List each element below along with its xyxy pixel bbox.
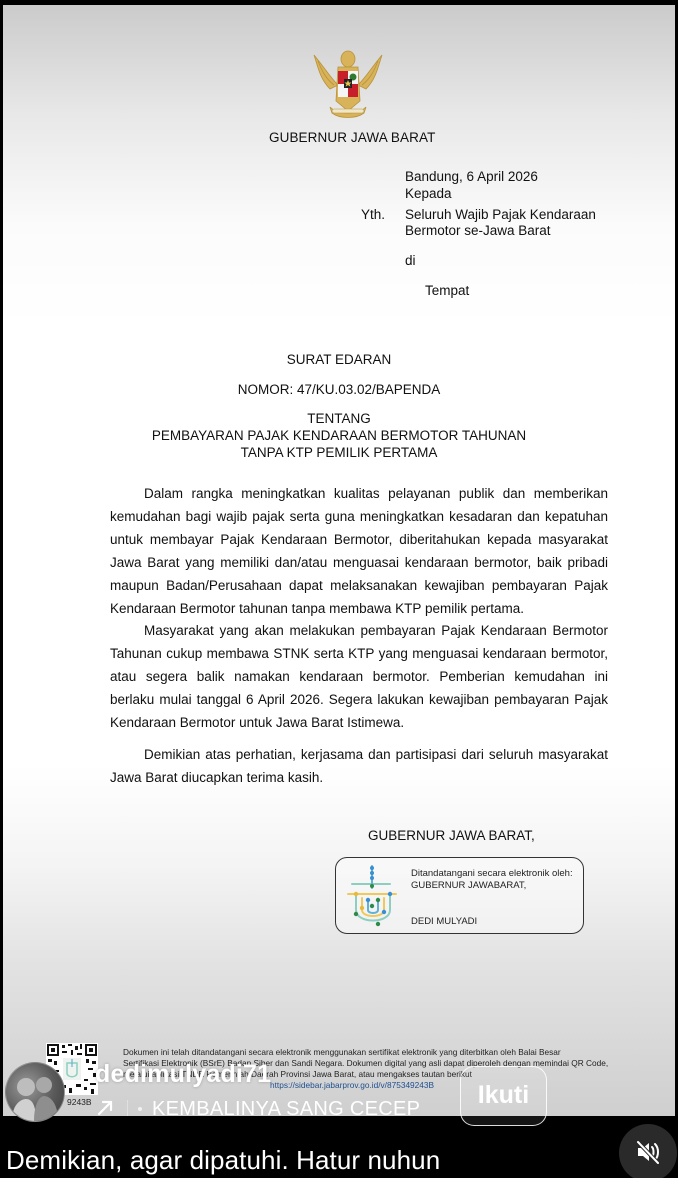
creator-avatar[interactable]	[5, 1062, 65, 1122]
arrow-up-right-icon[interactable]	[96, 1099, 114, 1117]
paragraph-2: Masyarakat yang akan melakukan pembayara…	[110, 619, 608, 734]
doc-type: SURAT EDARAN	[3, 352, 675, 367]
mute-button[interactable]	[619, 1124, 677, 1178]
bsre-logo-icon	[346, 864, 402, 930]
paragraph-1: Dalam rangka meningkatkan kualitas pelay…	[110, 482, 608, 620]
yth-label: Yth.	[361, 206, 385, 223]
subject-label: TENTANG	[3, 411, 675, 426]
doc-number: NOMOR: 47/KU.03.02/BAPENDA	[3, 382, 675, 397]
e-signature-box: Ditandatangani secara elektronik oleh: G…	[335, 857, 584, 934]
overlay-divider	[127, 1100, 128, 1116]
creator-username[interactable]: dedimulyadi71	[95, 1060, 271, 1089]
music-dot-icon	[138, 1107, 142, 1111]
letterhead-title: GUBERNUR JAWA BARAT	[269, 130, 435, 145]
recipient-line-1: Seluruh Wajib Pajak Kendaraan	[405, 206, 596, 223]
signed-by-text: Ditandatangani secara elektronik oleh: G…	[411, 868, 573, 892]
to-label: Kepada	[405, 185, 452, 202]
speaker-muted-icon	[634, 1138, 662, 1166]
subject-line-1: PEMBAYARAN PAJAK KENDARAAN BERMOTOR TAHU…	[3, 428, 675, 443]
signature-title: GUBERNUR JAWA BARAT,	[368, 828, 535, 843]
garuda-emblem-icon	[308, 45, 388, 123]
document-page: GUBERNUR JAWA BARAT Bandung, 6 April 202…	[3, 5, 675, 1116]
follow-button[interactable]: Ikuti	[460, 1066, 547, 1126]
di-label: di	[405, 252, 416, 269]
video-caption: Demikian, agar dipatuhi. Hatur nuhun	[6, 1145, 440, 1176]
music-title[interactable]: KEMBALINYA SANG CECEP	[152, 1098, 430, 1121]
place-date: Bandung, 6 April 2026	[405, 168, 538, 185]
qr-code-label: 9243B	[67, 1097, 92, 1107]
signer-name: DEDI MULYADI	[411, 916, 477, 927]
paragraph-3: Demikian atas perhatian, kerjasama dan p…	[110, 743, 608, 789]
tempat-label: Tempat	[425, 282, 469, 299]
recipient-line-2: Bermotor se-Jawa Barat	[405, 222, 551, 239]
subject-line-2: TANPA KTP PEMILIK PERTAMA	[3, 445, 675, 460]
